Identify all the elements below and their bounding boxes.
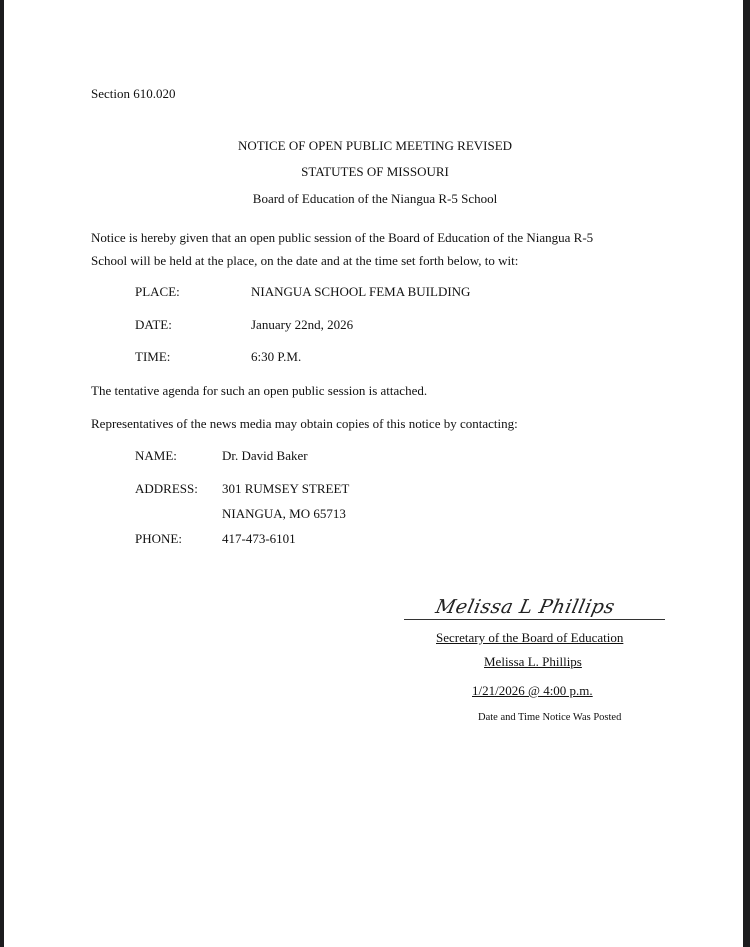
time-label: TIME: [135,349,170,365]
handwritten-signature: Melissa L Phillips [434,596,617,618]
media-note: Representatives of the news media may ob… [91,416,518,432]
notice-subtitle: STATUTES OF MISSOURI [0,164,750,180]
posted-datetime: 1/21/2026 @ 4:00 p.m. [472,683,593,699]
signature-line [404,619,665,620]
board-name: Board of Education of the Niangua R-5 Sc… [0,191,750,207]
contact-address-label: ADDRESS: [135,481,198,497]
posted-label: Date and Time Notice Was Posted [478,710,621,726]
secretary-name: Melissa L. Phillips [484,654,582,670]
contact-phone-value: 417-473-6101 [222,531,296,547]
section-number: Section 610.020 [91,86,176,102]
contact-phone-label: PHONE: [135,531,182,547]
intro-line-1: Notice is hereby given that an open publ… [91,230,593,246]
contact-address-line-1: 301 RUMSEY STREET [222,481,349,497]
notice-title: NOTICE OF OPEN PUBLIC MEETING REVISED [0,138,750,154]
secretary-title: Secretary of the Board of Education [436,630,623,646]
contact-name-label: NAME: [135,448,177,464]
place-label: PLACE: [135,284,180,300]
contact-address-line-2: NIANGUA, MO 65713 [222,506,346,522]
agenda-note: The tentative agenda for such an open pu… [91,383,427,399]
intro-line-2: School will be held at the place, on the… [91,253,518,269]
date-value: January 22nd, 2026 [251,317,353,333]
date-label: DATE: [135,317,172,333]
time-value: 6:30 P.M. [251,349,301,365]
contact-name-value: Dr. David Baker [222,448,308,464]
place-value: NIANGUA SCHOOL FEMA BUILDING [251,284,470,300]
